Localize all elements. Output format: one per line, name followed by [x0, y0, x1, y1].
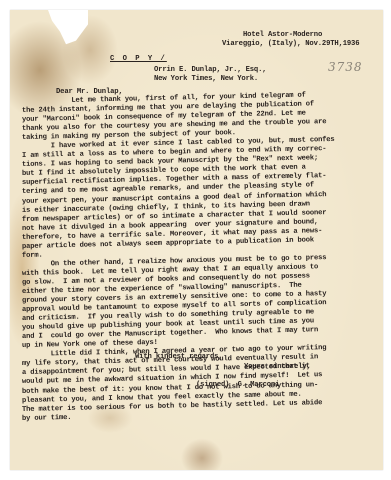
valediction: Yours sincerely, [244, 363, 311, 372]
copy-mark: C O P Y / [110, 55, 167, 64]
recipient-name: Orrin E. Dunlap, Jr., Esq., [154, 66, 266, 75]
letterhead-place-date: Viareggio, (Italy), Nov.29TH,1936 [222, 40, 359, 49]
letter-body: Let me thank you, first of all, for your… [22, 98, 335, 424]
letterhead-hotel: Hotel Astor-Moderno [243, 31, 322, 40]
signature: (signed) G. Marconi [196, 381, 279, 390]
archive-number: 3738 [328, 60, 363, 74]
recipient-address: New York Times, New York. [154, 75, 258, 84]
closing: With kindest regards, [135, 353, 222, 362]
